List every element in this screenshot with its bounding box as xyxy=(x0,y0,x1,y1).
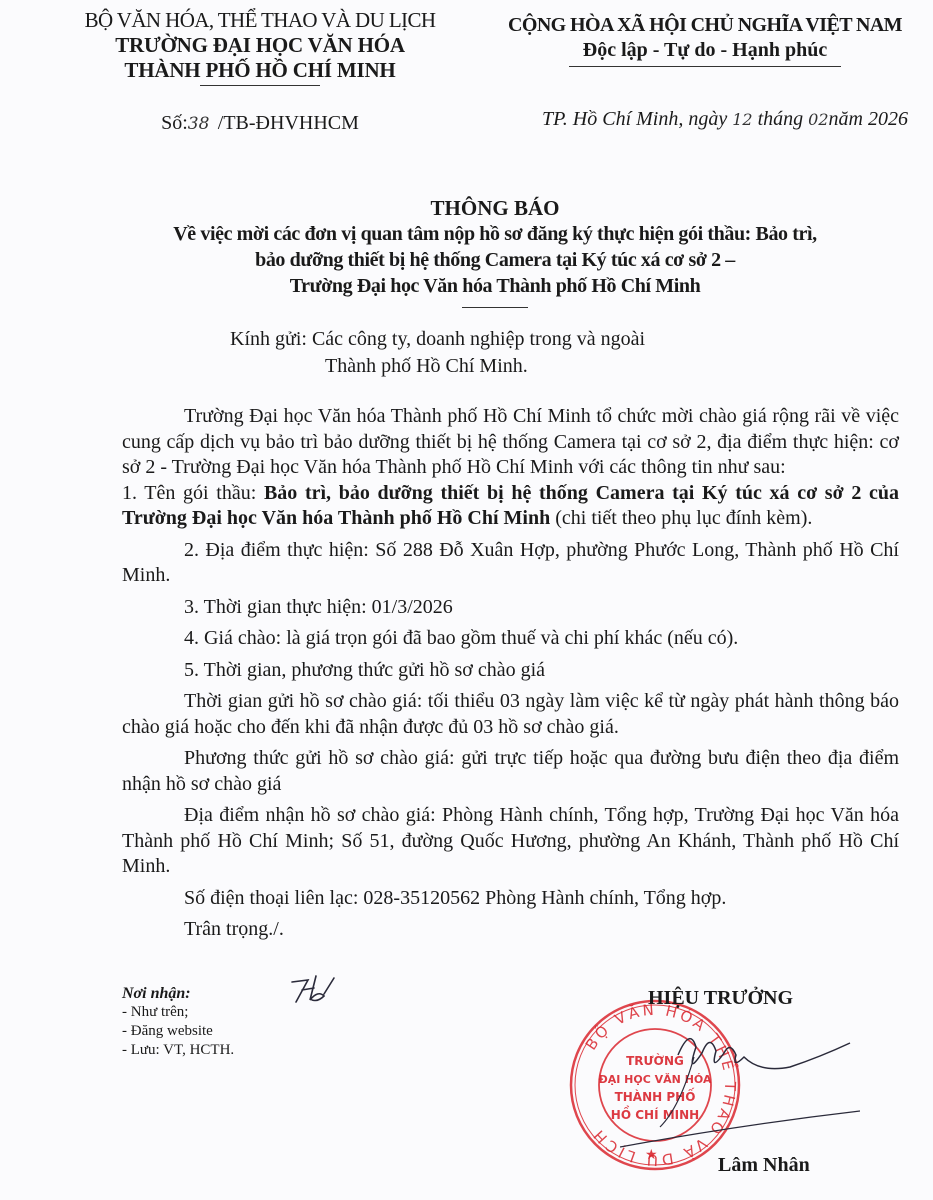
addressee-line2: Thành phố Hồ Chí Minh. xyxy=(230,353,645,380)
item-4: 4. Giá chào: là giá trọn gói đã bao gồm … xyxy=(122,626,899,652)
submit-time: Thời gian gửi hồ sơ chào giá: tối thiểu … xyxy=(122,689,899,740)
item-2: 2. Địa điểm thực hiện: Số 288 Đỗ Xuân Hợ… xyxy=(122,538,899,589)
handwritten-number: 38 xyxy=(188,112,218,137)
national-header: CỘNG HÒA XÃ HỘI CHỦ NGHĨA VIỆT NAM Độc l… xyxy=(480,13,930,132)
document-page: BỘ VĂN HÓA, THỂ THAO VÀ DU LỊCH TRƯỜNG Đ… xyxy=(0,0,933,1200)
item-5: 5. Thời gian, phương thức gửi hồ sơ chào… xyxy=(122,658,899,684)
handwritten-signature-icon xyxy=(620,1007,860,1157)
notice-subject-line3: Trường Đại học Văn hóa Thành phố Hồ Chí … xyxy=(110,273,880,299)
initials-signature-icon xyxy=(288,972,338,1008)
title-divider xyxy=(462,307,528,308)
recipient-item: - Lưu: VT, HCTH. xyxy=(122,1041,234,1060)
signer-name: Lâm Nhân xyxy=(718,1154,810,1177)
document-number: Số:38/TB-ĐHVHHCM xyxy=(70,111,450,137)
submit-place: Địa điểm nhận hồ sơ chào giá: Phòng Hành… xyxy=(122,803,899,880)
school-name-line1: TRƯỜNG ĐẠI HỌC VĂN HÓA xyxy=(70,33,450,58)
notice-subject-line2: bảo dưỡng thiết bị hệ thống Camera tại K… xyxy=(110,247,880,273)
school-name-line2: THÀNH PHỐ HỒ CHÍ MINH xyxy=(70,58,450,83)
recipients-heading: Nơi nhận: xyxy=(122,984,234,1003)
nation-name: CỘNG HÒA XÃ HỘI CHỦ NGHĨA VIỆT NAM xyxy=(480,13,930,38)
ministry-name: BỘ VĂN HÓA, THỂ THAO VÀ DU LỊCH xyxy=(70,8,450,33)
handwritten-month: 02 xyxy=(808,110,828,129)
notice-title: THÔNG BÁO xyxy=(110,195,880,221)
addressee: Kính gửi: Các công ty, doanh nghiệp tron… xyxy=(230,326,645,380)
addressee-line1: Kính gửi: Các công ty, doanh nghiệp tron… xyxy=(230,326,645,353)
notice-title-block: THÔNG BÁO Về việc mời các đơn vị quan tâ… xyxy=(110,195,880,308)
header-divider xyxy=(200,85,320,86)
item-1: 1. Tên gói thầu: Bảo trì, bảo dưỡng thiế… xyxy=(122,481,899,532)
recipient-item: - Như trên; xyxy=(122,1003,234,1022)
notice-subject-line1: Về việc mời các đơn vị quan tâm nộp hồ s… xyxy=(110,221,880,247)
recipients-block: Nơi nhận: - Như trên; - Đăng website - L… xyxy=(122,984,234,1060)
contact-phone: Số điện thoại liên lạc: 028-35120562 Phò… xyxy=(122,886,899,912)
closing: Trân trọng./. xyxy=(122,917,899,943)
national-motto: Độc lập - Tự do - Hạnh phúc xyxy=(480,38,930,63)
item-3: 3. Thời gian thực hiện: 01/3/2026 xyxy=(122,595,899,621)
submit-method: Phương thức gửi hồ sơ chào giá: gửi trực… xyxy=(122,746,899,797)
intro-paragraph: Trường Đại học Văn hóa Thành phố Hồ Chí … xyxy=(122,404,899,481)
recipient-item: - Đăng website xyxy=(122,1022,234,1041)
issuing-authority: BỘ VĂN HÓA, THỂ THAO VÀ DU LỊCH TRƯỜNG Đ… xyxy=(70,8,450,137)
dateline: TP. Hồ Chí Minh, ngày 12 tháng 02năm 202… xyxy=(520,107,930,132)
notice-body: Trường Đại học Văn hóa Thành phố Hồ Chí … xyxy=(122,404,899,943)
motto-divider xyxy=(569,66,841,67)
handwritten-day: 12 xyxy=(732,110,752,129)
signature-block: BỘ VĂN HÓA THỂ THAO VÀ DU LỊCH TRƯỜNG ĐẠ… xyxy=(600,987,860,1197)
